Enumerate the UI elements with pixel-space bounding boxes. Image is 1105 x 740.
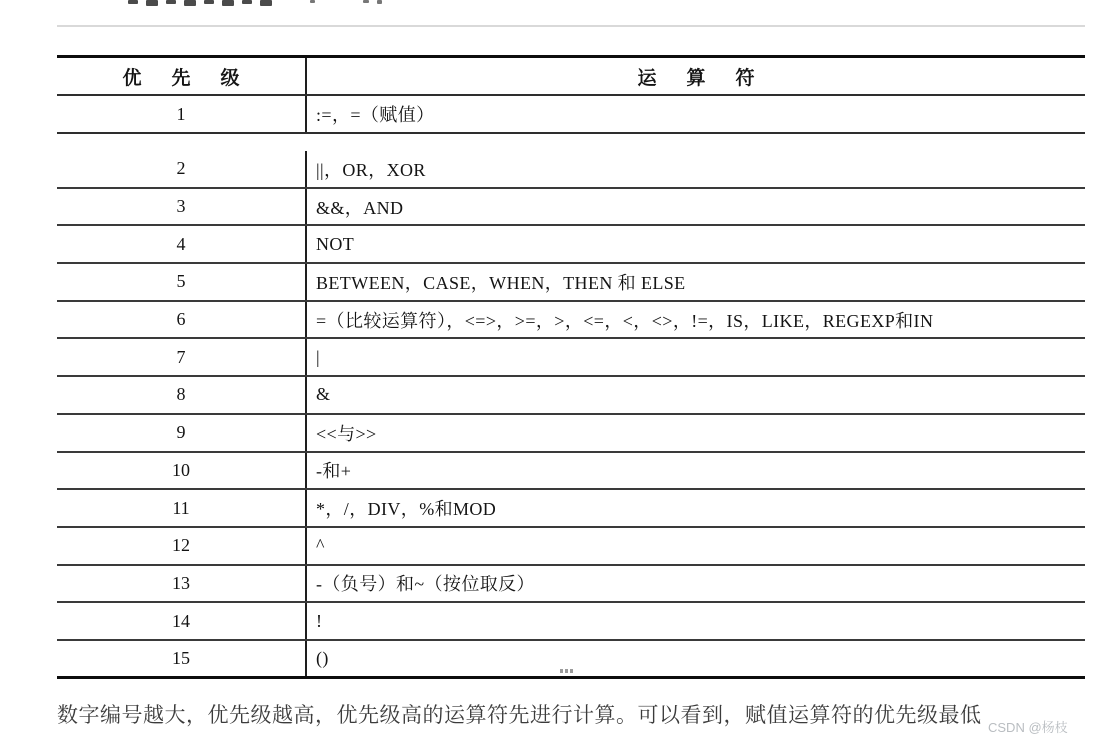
priority-cell: 7 xyxy=(57,339,305,375)
operators-cell: ^ xyxy=(305,528,1085,564)
header-priority: 优先级 xyxy=(57,58,305,94)
priority-cell: 12 xyxy=(57,528,305,564)
text-fragment xyxy=(242,0,252,4)
table-row: 10 -和+ xyxy=(57,453,1085,491)
horizontal-divider xyxy=(57,25,1085,27)
header-operators: 运算符 xyxy=(305,58,1085,94)
table-row: 14 ! xyxy=(57,603,1085,641)
table-row: 5 BETWEEN，CASE，WHEN，THEN 和 ELSE xyxy=(57,264,1085,302)
explanation-paragraph: 数字编号越大，优先级越高，优先级高的运算符先进行计算。可以看到，赋值运算符的优先… xyxy=(57,702,982,730)
priority-cell: 2 xyxy=(57,151,305,187)
table-row: 1 :=，=（赋值） xyxy=(57,96,1085,134)
priority-cell: 13 xyxy=(57,566,305,602)
document-page: 优先级 运算符 1 :=，=（赋值） 2 ||，OR，XOR 3 &&，AND … xyxy=(0,0,1105,740)
priority-cell: 1 xyxy=(57,96,305,132)
text-fragment xyxy=(363,0,369,3)
table-part-bottom: 2 ||，OR，XOR 3 &&，AND 4 NOT 5 BETWEEN，CAS… xyxy=(57,151,1085,679)
csdn-watermark: CSDN @杨枝 xyxy=(988,717,1068,736)
text-fragment xyxy=(377,0,382,4)
table-row: 4 NOT xyxy=(57,226,1085,264)
table-row: 11 *，/，DIV，%和MOD xyxy=(57,490,1085,528)
operators-cell: ! xyxy=(305,603,1085,639)
text-fragment xyxy=(310,0,315,3)
text-fragment xyxy=(222,0,234,6)
text-fragment xyxy=(204,0,214,4)
operators-cell: <<与>> xyxy=(305,415,1085,451)
operators-cell: *，/，DIV，%和MOD xyxy=(305,490,1085,526)
operators-cell: &&，AND xyxy=(305,189,1085,225)
speck-dot xyxy=(570,669,573,673)
operators-cell: ||，OR，XOR xyxy=(305,151,1085,187)
operators-cell: & xyxy=(305,377,1085,413)
table-header-row: 优先级 运算符 xyxy=(57,58,1085,96)
table-row: 6 =（比较运算符），<=>，>=，>，<=，<，<>，!=，IS，LIKE，R… xyxy=(57,302,1085,340)
text-fragment xyxy=(184,0,196,6)
priority-cell: 4 xyxy=(57,226,305,262)
operators-cell: -和+ xyxy=(305,453,1085,489)
text-fragment xyxy=(146,0,158,6)
table-row: 13 -（负号）和~（按位取反） xyxy=(57,566,1085,604)
table-row: 8 & xyxy=(57,377,1085,415)
operators-cell: -（负号）和~（按位取反） xyxy=(305,566,1085,602)
table-row: 9 <<与>> xyxy=(57,415,1085,453)
priority-cell: 15 xyxy=(57,641,305,676)
speck-dot xyxy=(565,669,568,673)
priority-cell: 3 xyxy=(57,189,305,225)
clipped-text-artifact xyxy=(128,0,382,7)
priority-cell: 5 xyxy=(57,264,305,300)
table-row: 3 &&，AND xyxy=(57,189,1085,227)
table-row: 12 ^ xyxy=(57,528,1085,566)
table-row: 7 | xyxy=(57,339,1085,377)
text-fragment xyxy=(260,0,272,6)
text-fragment xyxy=(166,0,176,4)
operators-cell: | xyxy=(305,339,1085,375)
scan-artifact xyxy=(560,669,573,673)
priority-cell: 14 xyxy=(57,603,305,639)
operators-cell: BETWEEN，CASE，WHEN，THEN 和 ELSE xyxy=(305,264,1085,300)
operators-cell: () xyxy=(305,641,1085,676)
page-break-gap xyxy=(57,134,1085,151)
priority-cell: 8 xyxy=(57,377,305,413)
priority-cell: 11 xyxy=(57,490,305,526)
operators-cell: =（比较运算符），<=>，>=，>，<=，<，<>，!=，IS，LIKE，REG… xyxy=(305,302,1085,338)
priority-cell: 10 xyxy=(57,453,305,489)
text-fragment xyxy=(128,0,138,4)
operator-precedence-table: 优先级 运算符 1 :=，=（赋值） 2 ||，OR，XOR 3 &&，AND … xyxy=(57,55,1085,679)
priority-cell: 6 xyxy=(57,302,305,338)
speck-dot xyxy=(560,669,563,673)
table-row: 2 ||，OR，XOR xyxy=(57,151,1085,189)
operators-cell: :=，=（赋值） xyxy=(305,96,1085,132)
table-part-top: 优先级 运算符 1 :=，=（赋值） xyxy=(57,55,1085,134)
operators-cell: NOT xyxy=(305,226,1085,262)
priority-cell: 9 xyxy=(57,415,305,451)
